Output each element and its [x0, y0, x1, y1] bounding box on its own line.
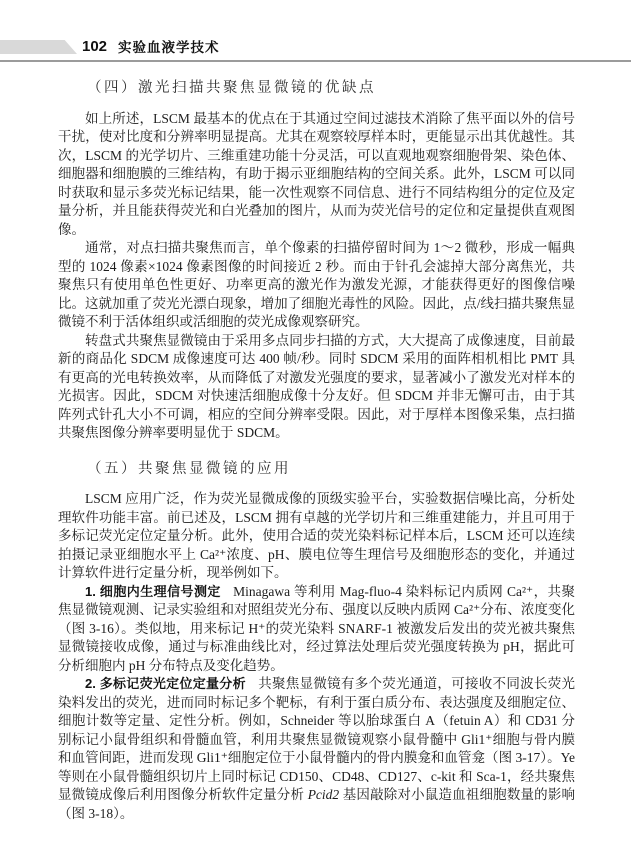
- gene-name-pcid2: Pcid2: [308, 787, 340, 802]
- header-chevron-decoration: [0, 40, 77, 54]
- paragraph-lscm-advantages: 如上所述，LSCM 最基本的优点在于其通过空间过滤技术消除了焦平面以外的信号干扰…: [58, 110, 575, 240]
- item-2-body-before: 共聚焦显微镜有多个荧光通道，可接收不同波长荧光染料发出的荧光，进而同时标记多个靶…: [58, 676, 575, 802]
- numbered-item-2: 2. 多标记荧光定位定量分析共聚焦显微镜有多个荧光通道，可接收不同波长荧光染料发…: [58, 675, 575, 823]
- page-number: 102: [82, 39, 107, 55]
- item-1-label: 1. 细胞内生理信号测定: [85, 584, 221, 599]
- section-heading-4: （四）激光扫描共聚焦显微镜的优缺点: [58, 79, 575, 98]
- page-content: （四）激光扫描共聚焦显微镜的优缺点 如上所述，LSCM 最基本的优点在于其通过空…: [58, 62, 575, 823]
- section-heading-5: （五）共聚焦显微镜的应用: [58, 460, 575, 479]
- paragraph-point-scan-limits: 通常，对点扫描共聚焦而言，单个像素的扫描停留时间为 1～2 微秒，形成一幅典型的…: [58, 239, 575, 332]
- item-2-label: 2. 多标记荧光定位定量分析: [85, 676, 246, 691]
- numbered-item-1: 1. 细胞内生理信号测定Minagawa 等利用 Mag-fluo-4 染料标记…: [58, 583, 575, 676]
- paragraph-applications-intro: LSCM 应用广泛，作为荧光显微成像的顶级实验平台，实验数据信噪比高，分析处理软…: [58, 490, 575, 583]
- book-page: 102 实验血液学技术 （四）激光扫描共聚焦显微镜的优缺点 如上所述，LSCM …: [0, 0, 631, 851]
- book-title: 实验血液学技术: [118, 41, 220, 55]
- paragraph-sdcm: 转盘式共聚焦显微镜由于采用多点同步扫描的方式，大大提高了成像速度，目前最新的商品…: [58, 332, 575, 443]
